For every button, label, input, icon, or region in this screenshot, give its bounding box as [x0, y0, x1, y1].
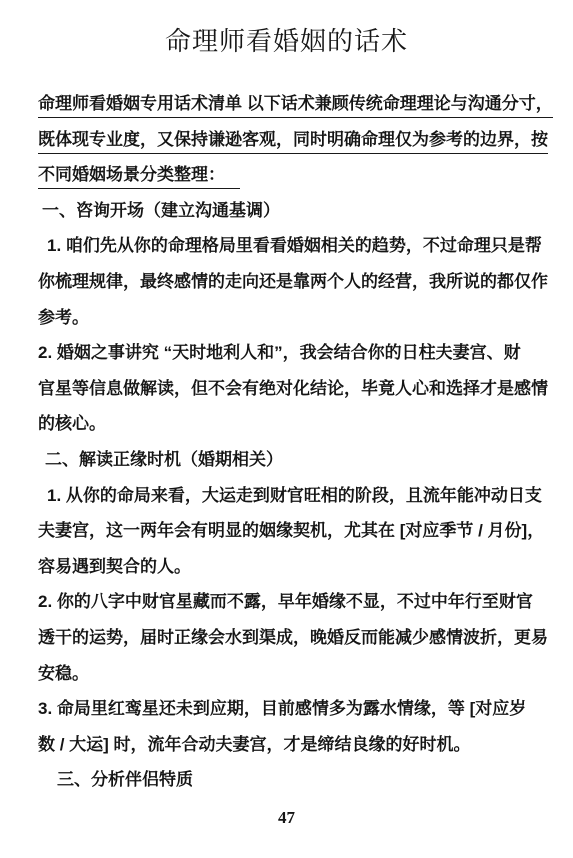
text-line: 官星等信息做解读，但不会有绝对化结论，毕竟人心和选择才是感情: [38, 371, 543, 407]
section-heading: 一、咨询开场（建立沟通基调）: [38, 193, 543, 229]
text-line: 透干的运势，届时正缘会水到渠成，晚婚反而能减少感情波折，更易: [38, 620, 543, 656]
section-heading: 二、解读正缘时机（婚期相关）: [38, 442, 543, 478]
text-line: 容易遇到契合的人。: [38, 549, 543, 585]
intro-line: 命理师看婚姻专用话术清单 以下话术兼顾传统命理理论与沟通分寸，: [38, 86, 543, 122]
text-line: 3. 命局里红鸾星还未到应期，目前感情多为露水情缘，等 [对应岁: [38, 691, 543, 727]
text-line: 安稳。: [38, 656, 543, 692]
intro-line-text: 不同婚姻场景分类整理：: [38, 163, 240, 189]
text-line: 2. 婚姻之事讲究 “天时地利人和”，我会结合你的日柱夫妻宫、财: [38, 335, 543, 371]
intro-line: 既体现专业度，又保持谦逊客观，同时明确命理仅为参考的边界，按: [38, 122, 543, 158]
section-heading: 三、分析伴侣特质: [38, 762, 543, 798]
text-line: 参考。: [38, 300, 543, 336]
text-line: 1. 咱们先从你的命理格局里看看婚姻相关的趋势，不过命理只是帮: [38, 228, 543, 264]
text-line: 1. 从你的命局来看，大运走到财官旺相的阶段，且流年能冲动日支: [38, 478, 543, 514]
document-title: 命理师看婚姻的话术: [0, 25, 573, 59]
document-body: 命理师看婚姻专用话术清单 以下话术兼顾传统命理理论与沟通分寸， 既体现专业度，又…: [38, 86, 543, 798]
text-line: 你梳理规律，最终感情的走向还是靠两个人的经营，我所说的都仅作: [38, 264, 543, 300]
page-number: 47: [0, 808, 573, 828]
document-page: 命理师看婚姻的话术 命理师看婚姻专用话术清单 以下话术兼顾传统命理理论与沟通分寸…: [0, 0, 573, 858]
text-line: 2. 你的八字中财官星藏而不露，早年婚缘不显，不过中年行至财官: [38, 584, 543, 620]
text-line: 的核心。: [38, 406, 543, 442]
text-line: 数 / 大运] 时，流年合动夫妻宫，才是缔结良缘的好时机。: [38, 727, 543, 763]
intro-line-text: 既体现专业度，又保持谦逊客观，同时明确命理仅为参考的边界，按: [38, 128, 548, 154]
intro-line: 不同婚姻场景分类整理：: [38, 157, 543, 193]
text-line: 夫妻宫，这一两年会有明显的姻缘契机，尤其在 [对应季节 / 月份]，: [38, 513, 543, 549]
intro-line-text: 命理师看婚姻专用话术清单 以下话术兼顾传统命理理论与沟通分寸，: [38, 92, 553, 118]
